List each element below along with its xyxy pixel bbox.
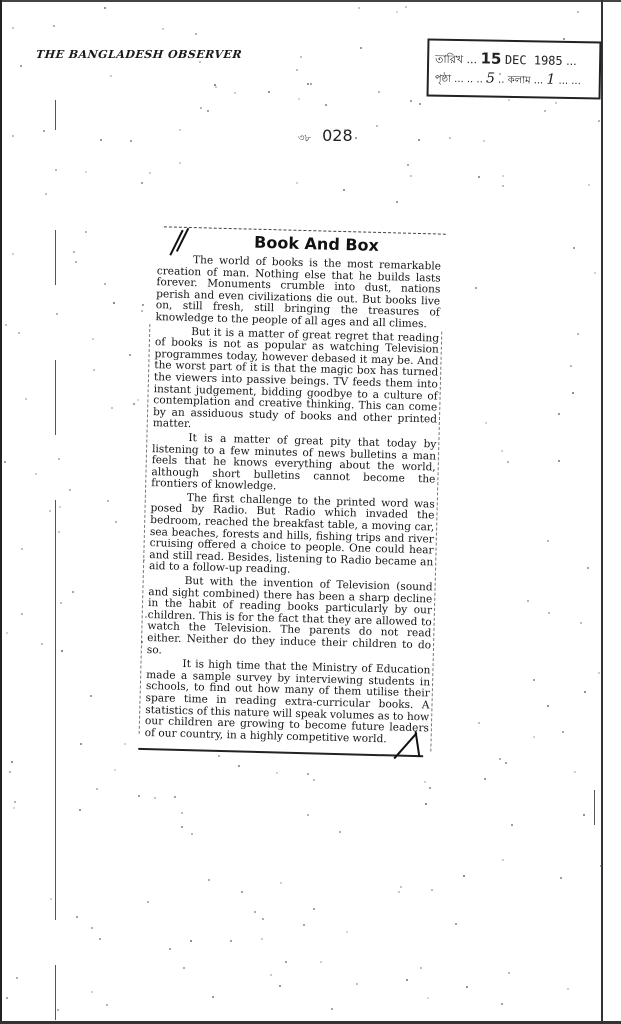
scan-speck [508, 972, 510, 974]
scan-speck [181, 826, 183, 828]
scan-speck [111, 407, 113, 409]
scan-speck [96, 788, 98, 790]
scanned-page: THE BANGLADESH OBSERVER তারিখ ... 15 DEC… [0, 0, 621, 1024]
scan-speck [420, 967, 422, 969]
article-paragraph: It is high time that the Ministry of Edu… [145, 658, 431, 747]
scan-speck [572, 392, 574, 394]
scan-speck [6, 632, 8, 634]
scan-speck [507, 461, 509, 463]
scan-speck [11, 761, 13, 763]
scan-speck [261, 938, 263, 940]
scan-speck [14, 801, 16, 803]
scan-speck [93, 369, 95, 371]
scan-speck [100, 139, 102, 141]
scan-speck [60, 602, 62, 604]
scan-speck [195, 33, 197, 35]
scan-speck [558, 460, 560, 462]
scan-speck [544, 110, 546, 112]
scan-speck [90, 695, 92, 697]
scan-speck [455, 923, 457, 925]
scan-speck [270, 974, 272, 976]
stamp-date-day: 15 [480, 49, 501, 67]
scan-speck [555, 102, 557, 104]
scan-speck [142, 304, 144, 306]
scan-speck [320, 961, 322, 963]
scan-speck [50, 898, 52, 900]
scan-speck [208, 879, 210, 881]
scan-speck [218, 755, 220, 757]
stamp-date-label: তারিখ [435, 53, 463, 66]
stamp-page-row: পৃষ্ঠা ... .. .. 5 .. কলাম ... 1 ... ... [435, 70, 581, 92]
scan-speck [190, 940, 192, 942]
scan-speck [429, 787, 431, 789]
scan-speck [598, 672, 600, 674]
scan-speck [113, 302, 115, 304]
scan-speck [21, 613, 23, 615]
scan-speck [310, 83, 312, 85]
scan-speck [115, 521, 117, 523]
scan-speck [162, 28, 164, 30]
scan-speck [18, 332, 20, 334]
scan-speck [268, 91, 270, 93]
scan-speck [69, 489, 71, 491]
scan-speck [502, 175, 504, 177]
scan-speck [358, 7, 360, 9]
scan-speck [533, 679, 535, 681]
scan-speck [13, 807, 15, 809]
scan-speck [49, 510, 51, 512]
scan-speck [5, 324, 7, 326]
stamp-date-month-year: DEC 1985 [505, 53, 563, 68]
scan-speck [179, 129, 181, 131]
scan-speck [558, 413, 560, 415]
scan-speck [431, 889, 433, 891]
scan-speck [85, 231, 87, 233]
scan-speck [12, 27, 14, 29]
scan-speck [16, 977, 18, 979]
scan-speck [303, 924, 305, 926]
scan-speck [241, 891, 243, 893]
article-paragraph: It is a matter of great pity that today … [151, 432, 436, 497]
scan-speck [378, 91, 380, 93]
scan-speck [199, 61, 201, 63]
clipping-cut-edge [138, 748, 423, 757]
scan-speck [147, 901, 149, 903]
scan-speck [418, 139, 420, 141]
scan-speck [577, 11, 579, 13]
scan-speck [478, 722, 480, 724]
scan-speck [6, 997, 8, 999]
scan-speck [400, 886, 402, 888]
scan-speck [181, 812, 183, 814]
scan-speck [562, 731, 564, 733]
scan-speck [588, 184, 590, 186]
scan-speck [478, 176, 480, 178]
scan-speck [174, 796, 176, 798]
scan-speck [114, 769, 116, 771]
margin-mark [55, 360, 56, 435]
scan-speck [355, 137, 357, 139]
scan-speck [4, 461, 6, 463]
scan-speck [104, 7, 106, 9]
scan-speck [58, 458, 60, 460]
stamp-page-value: 5 [486, 71, 495, 87]
scan-speck [563, 38, 565, 40]
scan-speck [21, 548, 23, 550]
scan-speck [427, 997, 429, 999]
scan-speck [405, 6, 407, 8]
scan-speck [574, 771, 576, 773]
scan-speck [200, 107, 202, 109]
scan-speck [296, 182, 298, 184]
scan-speck [104, 283, 106, 285]
scan-speck [53, 25, 55, 27]
article-clipping: Book And Box The world of books is the m… [139, 224, 442, 741]
scan-speck [110, 75, 112, 77]
stamp-page-label: পৃষ্ঠা [435, 74, 451, 85]
scan-speck [169, 948, 171, 950]
scan-speck [61, 650, 63, 652]
scan-speck [331, 1008, 333, 1010]
scan-speck [594, 272, 596, 274]
scan-speck [511, 824, 513, 826]
scan-speck [501, 1003, 503, 1005]
scan-speck [12, 253, 14, 255]
scan-speck [73, 251, 75, 253]
scan-speck [280, 882, 282, 884]
scan-speck [91, 991, 93, 993]
scan-speck [43, 130, 45, 132]
scan-speck [91, 927, 93, 929]
scan-speck [124, 743, 126, 745]
scan-speck [339, 831, 341, 833]
scan-speck [79, 809, 81, 811]
scan-speck [396, 201, 398, 203]
scan-speck [12, 135, 14, 137]
article-paragraph: The world of books is the most remarkabl… [155, 254, 441, 331]
scan-speck [154, 797, 156, 799]
scan-speck [191, 833, 193, 835]
scan-speck [343, 189, 345, 191]
scan-speck [9, 771, 11, 773]
scan-speck [313, 779, 315, 781]
scan-speck [133, 403, 135, 405]
scan-speck [580, 622, 582, 624]
scan-speck [360, 47, 362, 49]
scan-speck [25, 398, 27, 400]
scan-speck [344, 129, 346, 131]
scan-speck [285, 961, 287, 963]
scan-speck [212, 996, 214, 998]
scan-speck [107, 500, 109, 502]
scan-speck [501, 450, 503, 452]
scan-speck [406, 979, 408, 981]
scan-speck [587, 567, 589, 569]
scan-speck [143, 559, 145, 561]
scan-speck [138, 795, 140, 797]
scan-speck [598, 120, 600, 122]
scan-speck [499, 758, 501, 760]
scan-speck [183, 967, 185, 969]
scan-speck [238, 765, 240, 767]
scan-speck [72, 591, 74, 593]
margin-mark [55, 230, 56, 285]
margin-mark [55, 965, 56, 1020]
scan-speck [567, 988, 569, 990]
article-paragraph: The first challenge to the printed word … [149, 492, 435, 581]
scan-speck [346, 931, 348, 933]
scan-speck [548, 612, 550, 614]
article-paragraph: But with the invention of Television (so… [147, 575, 433, 664]
scan-speck [584, 691, 586, 693]
scan-speck [55, 169, 57, 171]
scan-speck [307, 83, 309, 85]
scan-speck [80, 743, 82, 745]
scan-speck [57, 1009, 59, 1011]
scan-speck [207, 110, 209, 112]
stamp-date-row: তারিখ ... 15 DEC 1985 ... [435, 49, 577, 72]
scan-speck [410, 175, 412, 177]
scan-speck [262, 918, 264, 920]
article-body: The world of books is the most remarkabl… [144, 254, 441, 749]
scan-speck [106, 1004, 108, 1006]
scan-speck [141, 310, 143, 312]
scan-speck [41, 643, 43, 645]
scan-speck [424, 781, 426, 783]
scan-speck [150, 55, 152, 57]
scan-speck [215, 86, 217, 88]
scan-speck [527, 600, 529, 602]
scan-speck [396, 11, 398, 13]
scan-speck [573, 247, 575, 249]
scan-speck [20, 65, 22, 67]
scan-speck [35, 473, 37, 475]
scan-speck [313, 908, 315, 910]
scan-speck [499, 73, 501, 75]
scan-speck [483, 140, 485, 142]
scan-speck [279, 985, 281, 987]
scan-speck [560, 877, 562, 879]
scan-speck [45, 193, 47, 195]
scan-speck [254, 911, 256, 913]
stamp-column-value: 1 [546, 72, 555, 88]
margin-mark [55, 100, 56, 130]
scan-speck [296, 69, 298, 71]
scan-speck [449, 137, 451, 139]
scan-speck [76, 916, 78, 918]
scan-speck [99, 938, 101, 940]
scan-speck [56, 313, 58, 315]
scan-speck [577, 333, 579, 335]
scan-speck [463, 875, 465, 877]
article-paragraph: But it is a matter of great regret that … [153, 326, 440, 438]
scan-speck [407, 164, 409, 166]
stamp-column-label: কলাম [508, 75, 531, 86]
scan-speck [583, 814, 585, 816]
scan-speck [130, 140, 132, 142]
file-number-prefix: ৩৮ [298, 133, 311, 144]
scan-speck [300, 56, 302, 58]
scan-speck [508, 99, 510, 101]
scan-edge-left [0, 0, 2, 1024]
scan-speck [376, 125, 378, 127]
scan-speck [129, 354, 131, 356]
scan-speck [145, 616, 147, 618]
scan-speck [58, 52, 60, 54]
scan-speck [230, 940, 232, 942]
margin-mark [594, 790, 595, 825]
scan-speck [547, 705, 549, 707]
scan-speck [298, 98, 300, 100]
scan-speck [141, 182, 143, 184]
scan-speck [398, 891, 400, 893]
date-stamp: তারিখ ... 15 DEC 1985 ... পৃষ্ঠা ... .. … [427, 38, 602, 99]
scan-speck [547, 540, 549, 542]
scan-speck [570, 365, 572, 367]
scan-speck [179, 162, 181, 164]
scan-speck [466, 986, 468, 988]
scan-speck [505, 762, 507, 764]
scan-edge-top [0, 0, 621, 2]
scan-speck [475, 287, 477, 289]
scan-speck [600, 865, 602, 867]
scan-speck [484, 778, 486, 780]
scan-speck [75, 261, 77, 263]
scan-speck [141, 641, 143, 643]
scan-speck [356, 983, 358, 985]
scan-speck [533, 736, 535, 738]
scan-speck [234, 92, 236, 94]
margin-mark [55, 500, 56, 920]
scan-speck [307, 773, 309, 775]
scan-speck [502, 185, 504, 187]
scan-speck [137, 399, 139, 401]
file-number-value: 028 [322, 126, 353, 145]
scan-speck [276, 772, 278, 774]
scan-speck [85, 171, 87, 173]
scan-speck [149, 172, 151, 174]
scan-speck [425, 803, 427, 805]
scan-speck [92, 338, 94, 340]
scan-speck [419, 103, 421, 105]
scan-speck [59, 506, 61, 508]
scan-speck [58, 531, 60, 533]
scan-speck [410, 100, 412, 102]
scan-speck [502, 859, 504, 861]
scan-speck [307, 814, 309, 816]
scan-speck [485, 422, 487, 424]
scan-speck [325, 104, 327, 106]
scan-edge-right [601, 0, 603, 1024]
newspaper-masthead: THE BANGLADESH OBSERVER [35, 48, 242, 61]
